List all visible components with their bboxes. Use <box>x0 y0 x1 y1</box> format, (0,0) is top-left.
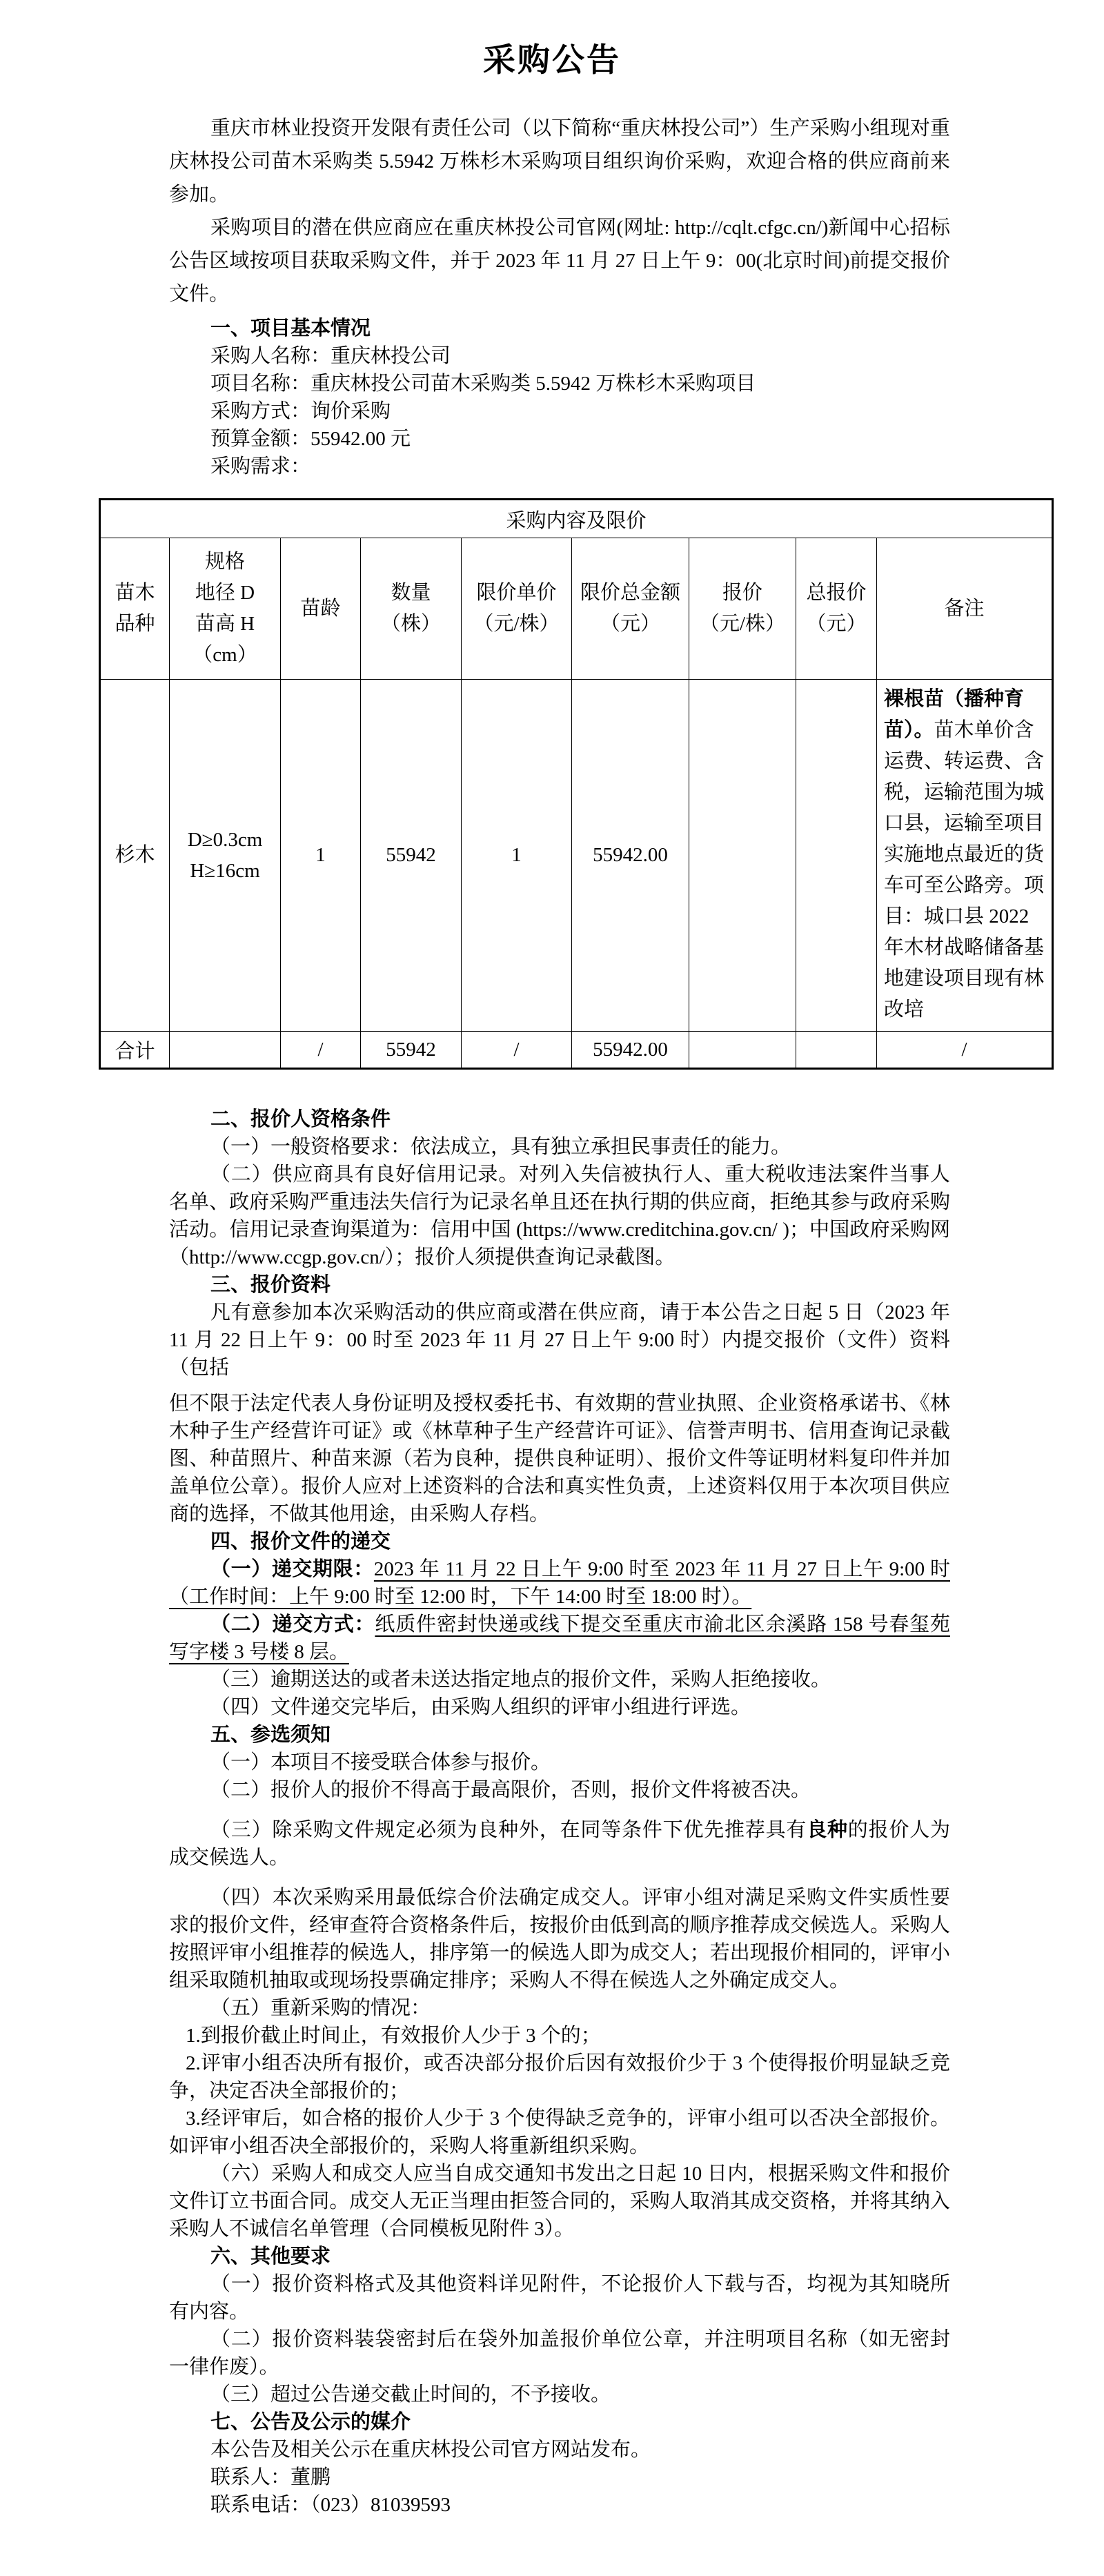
section5-subitem-1: 1.到报价截止时间止，有效报价人少于 3 个的； <box>169 2022 950 2049</box>
section1-heading: 一、项目基本情况 <box>169 315 950 342</box>
cell-unit-cap-price: 1 <box>462 680 572 1032</box>
section2-item-1: （一）一般资格要求：依法成立，具有独立承担民事责任的能力。 <box>169 1133 950 1161</box>
total-quantity: 55942 <box>361 1032 462 1069</box>
section3-paragraph-2: 但不限于法定代表人身份证明及授权委托书、有效期的营业执照、企业资格承诺书、《林木… <box>169 1390 950 1528</box>
deadline-label: （一）递交期限： <box>210 1558 374 1580</box>
col-header-age: 苗龄 <box>281 538 361 680</box>
total-unit-cap-price: / <box>462 1032 572 1069</box>
section6-item-2: （二）报价资料装袋密封后在袋外加盖报价单位公章，并注明项目名称（如无密封一律作废… <box>169 2326 950 2381</box>
total-total-cap-price: 55942.00 <box>572 1032 689 1069</box>
item3-text-pre: （三）除采购文件规定必须为良种外，在同等条件下优先推荐具有 <box>210 1819 807 1841</box>
announcement-page: 采购公告 重庆市林业投资开发限有责任公司（以下简称“重庆林投公司”）生产采购小组… <box>0 0 1104 2519</box>
page-title: 采购公告 <box>0 41 1104 80</box>
section5-item-3: （三）除采购文件规定必须为良种外，在同等条件下优先推荐具有良种的报价人为成交候选… <box>169 1816 950 1871</box>
section5-item-1: （一）本项目不接受联合体参与报价。 <box>169 1749 950 1776</box>
col-header-quantity: 数量 （株） <box>361 538 462 680</box>
section5-item-6: （六）采购人和成交人应当自成交通知书发出之日起 10 日内，根据采购文件和报价文… <box>169 2160 950 2243</box>
field-procurement-method: 采购方式：询价采购 <box>169 397 950 425</box>
cell-spec: D≥0.3cm H≥16cm <box>170 680 281 1032</box>
field-procurement-demand: 采购需求： <box>169 453 950 480</box>
col-header-spec: 规格 地径 D 苗高 H （cm） <box>170 538 281 680</box>
remark-regular-text: 苗木单价含运费、转运费、含税，运输范围为城口县，运输至项目实施地点最近的货车可至… <box>884 719 1044 1021</box>
total-spec <box>170 1032 281 1069</box>
section5-subitem-3: 3.经评审后，如合格的报价人少于 3 个使得缺乏竞争的，评审小组可以否决全部报价… <box>169 2105 950 2160</box>
total-quote <box>689 1032 796 1069</box>
section6-heading: 六、其他要求 <box>169 2243 950 2270</box>
section4-item-4: （四）文件递交完毕后，由采购人组织的评审小组进行评选。 <box>169 1693 950 1721</box>
section3-paragraph-1: 凡有意参加本次采购活动的供应商或潜在供应商，请于本公告之日起 5 日（2023 … <box>169 1299 950 1382</box>
section6-item-1: （一）报价资料格式及其他资料详见附件，不论报价人下载与否，均视为其知晓所有内容。 <box>169 2270 950 2326</box>
field-buyer-name: 采购人名称：重庆林投公司 <box>169 342 950 370</box>
contact-phone: 联系电话：（023）81039593 <box>169 2491 950 2519</box>
section5-heading: 五、参选须知 <box>169 1721 950 1749</box>
section2-item-2: （二）供应商具有良好信用记录。对列入失信被执行人、重大税收违法案件当事人名单、政… <box>169 1161 950 1271</box>
cell-quantity: 55942 <box>361 680 462 1032</box>
section4-item-3: （三）逾期送达的或者未送达指定地点的报价文件，采购人拒绝接收。 <box>169 1666 950 1693</box>
section4-item-1: （一）递交期限：2023 年 11 月 22 日上午 9:00 时至 2023 … <box>169 1555 950 1611</box>
col-header-total-cap-price: 限价总金额 （元） <box>572 538 689 680</box>
section5-subitem-2: 2.评审小组否决所有报价，或否决部分报价后因有效报价少于 3 个使得报价明显缺乏… <box>169 2049 950 2105</box>
table-row: 杉木 D≥0.3cm H≥16cm 1 55942 1 55942.00 裸根苗… <box>100 680 1053 1032</box>
section6-item-3: （三）超过公告递交截止时间的，不予接收。 <box>169 2381 950 2408</box>
total-total-quote <box>796 1032 877 1069</box>
table-total-row: 合计 / 55942 / 55942.00 / <box>100 1032 1053 1069</box>
total-remark: / <box>877 1032 1053 1069</box>
cell-species: 杉木 <box>100 680 170 1032</box>
document-body: 重庆市林业投资开发限有责任公司（以下简称“重庆林投公司”）生产采购小组现对重庆林… <box>169 112 950 480</box>
section4-heading: 四、报价文件的递交 <box>169 1528 950 1555</box>
cell-age: 1 <box>281 680 361 1032</box>
table-caption-row: 采购内容及限价 <box>100 500 1053 538</box>
cell-quote <box>689 680 796 1032</box>
col-header-unit-cap-price: 限价单价 （元/株） <box>462 538 572 680</box>
col-header-species: 苗木 品种 <box>100 538 170 680</box>
contact-person: 联系人：董鹏 <box>169 2464 950 2491</box>
table-caption: 采购内容及限价 <box>100 500 1053 538</box>
section2-heading: 二、报价人资格条件 <box>169 1105 950 1133</box>
publication-media-line: 本公告及相关公示在重庆林投公司官方网站发布。 <box>169 2436 950 2464</box>
section7-heading: 七、公告及公示的媒介 <box>169 2408 950 2436</box>
intro-paragraph-2: 采购项目的潜在供应商应在重庆林投公司官网(网址: http://cqlt.cfg… <box>169 211 950 311</box>
section3-heading: 三、报价资料 <box>169 1271 950 1299</box>
section4-item-2: （二）递交方式：纸质件密封快递或线下提交至重庆市渝北区余溪路 158 号春玺苑写… <box>169 1611 950 1666</box>
item3-bold-term: 良种 <box>807 1819 848 1841</box>
total-age: / <box>281 1032 361 1069</box>
cell-remark: 裸根苗（播种育苗）。苗木单价含运费、转运费、含税，运输范围为城口县，运输至项目实… <box>877 680 1053 1032</box>
section5-item-5: （五）重新采购的情况： <box>169 1994 950 2022</box>
table-header-row: 苗木 品种 规格 地径 D 苗高 H （cm） 苗龄 数量 （株） 限价单价 （… <box>100 538 1053 680</box>
procurement-price-table: 采购内容及限价 苗木 品种 规格 地径 D 苗高 H （cm） 苗龄 数量 （株… <box>99 498 1054 1070</box>
section5-item-2: （二）报价人的报价不得高于最高限价，否则，报价文件将被否决。 <box>169 1776 950 1804</box>
field-project-name: 项目名称：重庆林投公司苗木采购类 5.5942 万株杉木采购项目 <box>169 370 950 397</box>
col-header-quote: 报价 （元/株） <box>689 538 796 680</box>
cell-total-quote <box>796 680 877 1032</box>
document-body-lower: 二、报价人资格条件 （一）一般资格要求：依法成立，具有独立承担民事责任的能力。 … <box>169 1105 950 2519</box>
intro-paragraph-1: 重庆市林业投资开发限有责任公司（以下简称“重庆林投公司”）生产采购小组现对重庆林… <box>169 112 950 211</box>
col-header-total-quote: 总报价 （元） <box>796 538 877 680</box>
cell-total-cap-price: 55942.00 <box>572 680 689 1032</box>
field-budget-amount: 预算金额：55942.00 元 <box>169 425 950 453</box>
section5-item-4: （四）本次采购采用最低综合价法确定成交人。评审小组对满足采购文件实质性要求的报价… <box>169 1884 950 1994</box>
delivery-method-label: （二）递交方式： <box>210 1613 375 1635</box>
col-header-remark: 备注 <box>877 538 1053 680</box>
total-label: 合计 <box>100 1032 170 1069</box>
